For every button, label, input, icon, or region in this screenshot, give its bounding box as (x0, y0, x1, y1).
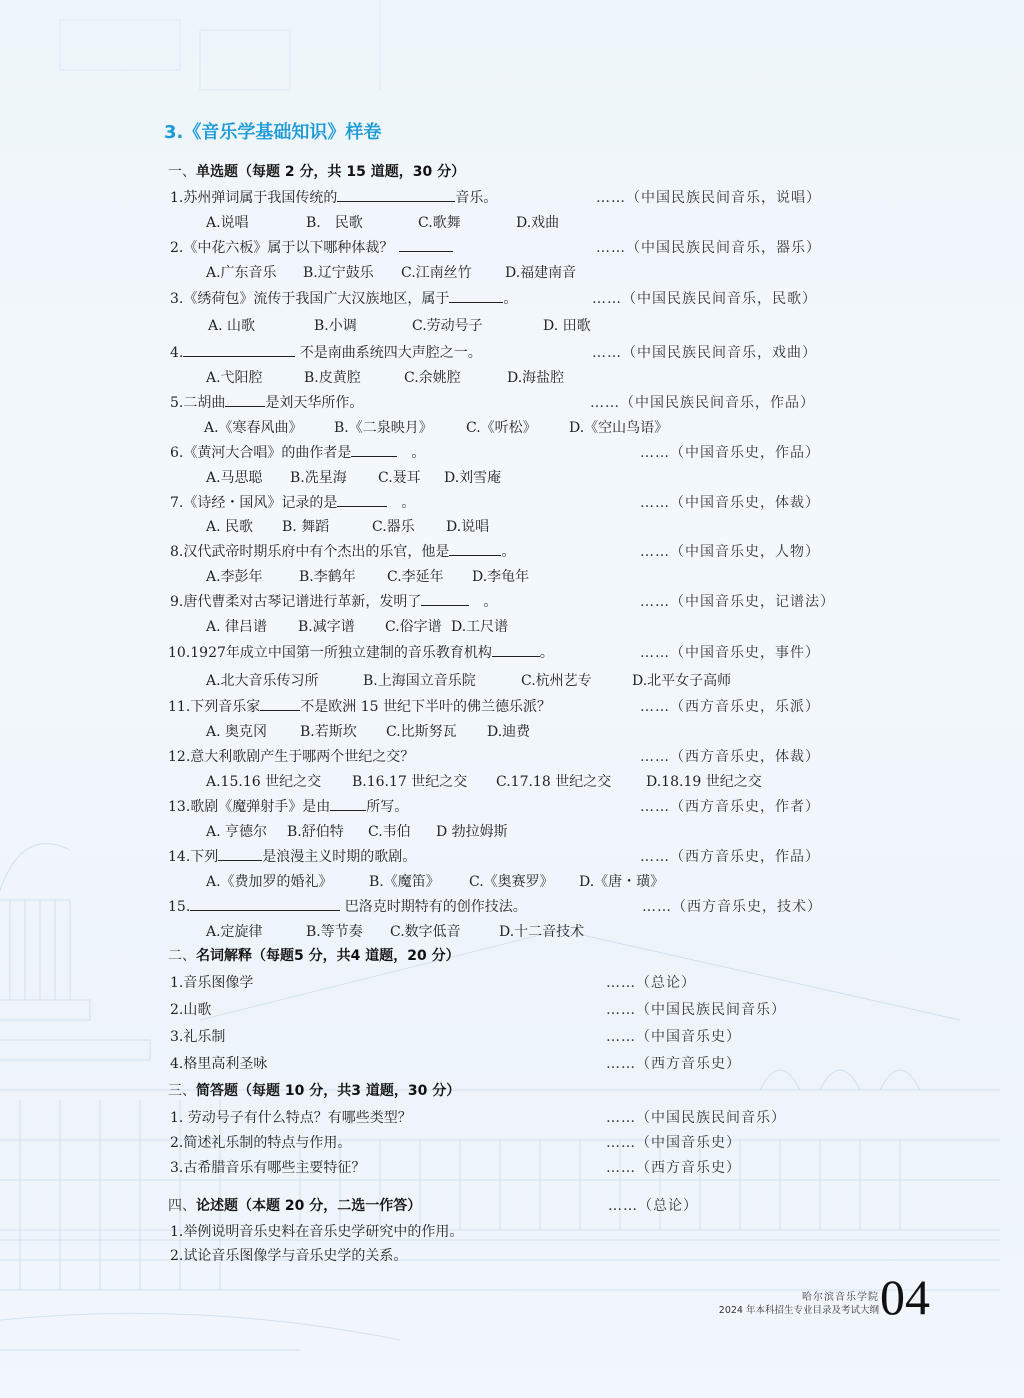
options-row: A.北大音乐传习所B.上海国立音乐院C.杭州艺专D.北平女子高师 (206, 670, 731, 690)
option-b: B.减字谱 (298, 616, 385, 636)
question-category: ……（西方音乐史，作者） (640, 796, 820, 816)
question-text: 8.汉代武帝时期乐府中有个杰出的乐官，他是 (170, 544, 449, 560)
question-text-end: 巴洛克时期特有的创作技法。 (340, 899, 526, 915)
short-answer-item: 1. 劳动号子有什么特点？有哪些类型？ (170, 1107, 412, 1127)
option-b: B.《二泉映月》 (334, 417, 466, 437)
option-a: A.李彭年 (206, 566, 299, 586)
section-title: 简答题（每题 10 分，共3 道题，30 分） (196, 1083, 460, 1099)
question-text: 11.下列音乐家 (168, 699, 260, 715)
short-answer-category: ……（中国民族民间音乐） (606, 1107, 786, 1127)
question-text-end: 音乐。 (455, 190, 497, 206)
section-title: 单选题（每题 2 分，共 15 道题，30 分） (196, 164, 465, 180)
question-text-end: 是浪漫主义时期的歌剧。 (262, 849, 416, 865)
question-text-end: 。 (387, 495, 415, 511)
question-text-end: 是刘天华所作。 (265, 395, 363, 411)
question-category: ……（西方音乐史，乐派） (640, 696, 820, 716)
option-c: C.江南丝竹 (401, 262, 505, 282)
answer-blank (337, 188, 455, 202)
question-category: ……（西方音乐史，体裁） (640, 746, 820, 766)
question-7: 7.《诗经・国风》记录的是 。 (170, 492, 415, 512)
options-row: A.说唱B. 民歌C.歌舞D.戏曲 (206, 212, 559, 232)
question-text: 14.下列 (168, 849, 218, 865)
option-a: A.15.16 世纪之交 (206, 771, 352, 791)
question-category: ……（中国音乐史，人物） (640, 541, 820, 561)
option-a: A.弋阳腔 (206, 367, 304, 387)
question-category: ……（西方音乐史，技术） (642, 896, 822, 916)
question-1: 1.苏州弹词属于我国传统的音乐。 (170, 187, 497, 207)
question-text-end: 。 (503, 291, 517, 307)
option-a: A. 律吕谱 (206, 616, 298, 636)
question-text-end: 。 (469, 594, 497, 610)
option-c: C.聂耳 (378, 467, 444, 487)
question-text: 7.《诗经・国风》记录的是 (170, 495, 337, 511)
option-c: C.李延年 (387, 566, 472, 586)
section-heading-term-definition: 二、名词解释（每题5 分，共4 道题，20 分） (168, 945, 460, 965)
question-11: 11.下列音乐家不是欧洲 15 世纪下半叶的佛兰德乐派？ (168, 696, 551, 716)
question-category: ……（中国民族民间音乐，说唱） (596, 187, 821, 207)
question-text: 9.唐代曹柔对古琴记谱进行革新，发明了 (170, 594, 421, 610)
answer-blank (183, 343, 295, 357)
option-d: D.福建南音 (505, 262, 576, 282)
short-answer-item: 3.古希腊音乐有哪些主要特征？ (170, 1157, 365, 1177)
options-row: A.李彭年B.李鹤年C.李延年D.李龟年 (206, 566, 529, 586)
question-10: 10.1927年成立中国第一所独立建制的音乐教育机构。 (168, 642, 554, 662)
question-text-end: 所写。 (366, 799, 408, 815)
question-text: 13.歌剧《魔弹射手》是由 (168, 799, 330, 815)
option-d: D.北平女子高师 (632, 670, 731, 690)
options-row: A. 亨德尔B.舒伯特C.韦伯D 勃拉姆斯 (206, 821, 508, 841)
question-2: 2.《中花六板》属于以下哪种体裁？ (170, 237, 453, 257)
answer-blank (218, 847, 262, 861)
answer-blank (399, 238, 453, 252)
options-row: A.15.16 世纪之交B.16.17 世纪之交C.17.18 世纪之交D.18… (206, 771, 762, 791)
question-6: 6.《黄河大合唱》的曲作者是 。 (170, 442, 425, 462)
option-d: D.《唐・璜》 (579, 871, 664, 891)
essay-item: 2.试论音乐图像学与音乐史学的关系。 (170, 1245, 407, 1265)
option-a: A. 亨德尔 (206, 821, 287, 841)
option-c: C.劳动号子 (412, 315, 543, 335)
option-b: B.辽宁鼓乐 (303, 262, 401, 282)
question-category: ……（中国民族民间音乐，作品） (590, 392, 815, 412)
option-c: C.余姚腔 (404, 367, 507, 387)
question-text: 3.《绣荷包》流传于我国广大汉族地区，属于 (170, 291, 449, 307)
question-15: 15. 巴洛克时期特有的创作技法。 (168, 896, 527, 916)
options-row: A.《费加罗的婚礼》B.《魔笛》C.《奥赛罗》D.《唐・璜》 (206, 871, 664, 891)
option-a: A.马思聪 (206, 467, 290, 487)
question-text: 5.二胡曲 (170, 395, 225, 411)
option-b: B.上海国立音乐院 (363, 670, 521, 690)
option-c: C.《奥赛罗》 (469, 871, 579, 891)
option-a: A.广东音乐 (206, 262, 303, 282)
question-5: 5.二胡曲是刘天华所作。 (170, 392, 363, 412)
option-b: B.李鹤年 (299, 566, 387, 586)
section-heading-single-choice: 一、单选题（每题 2 分，共 15 道题，30 分） (168, 161, 465, 181)
option-c: C.数字低音 (390, 921, 499, 941)
option-b: B.皮黄腔 (304, 367, 404, 387)
options-row: A. 山歌B.小调C.劳动号子D. 田歌 (208, 315, 591, 335)
question-category: ……（中国音乐史，作品） (640, 442, 820, 462)
options-row: A.《寒春风曲》B.《二泉映月》C.《听松》D.《空山鸟语》 (204, 417, 668, 437)
question-text: 12.意大利歌剧产生于哪两个世纪之交？ (168, 749, 414, 765)
question-3: 3.《绣荷包》流传于我国广大汉族地区，属于。 (170, 288, 517, 308)
term-category: ……（西方音乐史） (606, 1053, 741, 1073)
page-title: 3.《音乐学基础知识》样卷 (164, 118, 381, 144)
option-a: A. 奥克冈 (206, 721, 300, 741)
answer-blank (225, 393, 265, 407)
term-category: ……（中国音乐史） (606, 1026, 741, 1046)
short-answer-category: ……（西方音乐史） (606, 1157, 741, 1177)
option-d: D 勃拉姆斯 (436, 821, 508, 841)
option-c: C.比斯努瓦 (386, 721, 487, 741)
term-item: 4.格里高利圣咏 (170, 1053, 267, 1073)
section-heading-essay: 四、论述题（本题 20 分，二选一作答） (168, 1195, 421, 1215)
essay-item: 1.举例说明音乐史料在音乐史学研究中的作用。 (170, 1221, 463, 1241)
option-b: B.《魔笛》 (369, 871, 469, 891)
options-row: A. 民歌B. 舞蹈C.器乐D.说唱 (206, 516, 489, 536)
question-text-end: 。 (540, 645, 554, 661)
options-row: A.马思聪B.冼星海C.聂耳D.刘雪庵 (206, 467, 501, 487)
term-item: 3.礼乐制 (170, 1026, 225, 1046)
options-row: A.弋阳腔B.皮黄腔C.余姚腔D.海盐腔 (206, 367, 564, 387)
option-b: B.小调 (314, 315, 412, 335)
question-text: 4. (170, 345, 183, 361)
question-text-end: 。 (397, 445, 425, 461)
answer-blank (449, 542, 501, 556)
short-answer-category: ……（中国音乐史） (606, 1132, 741, 1152)
answer-blank (449, 289, 503, 303)
term-item: 1.音乐图像学 (170, 972, 253, 992)
option-a: A.《费加罗的婚礼》 (206, 871, 369, 891)
option-d: D.迪费 (487, 721, 530, 741)
option-b: B.冼星海 (290, 467, 378, 487)
question-12: 12.意大利歌剧产生于哪两个世纪之交？ (168, 746, 414, 766)
question-text: 15. (168, 899, 190, 915)
question-8: 8.汉代武帝时期乐府中有个杰出的乐官，他是。 (170, 541, 515, 561)
option-d: D.《空山鸟语》 (569, 417, 668, 437)
options-row: A. 律吕谱B.减字谱C.俗字谱D.工尺谱 (206, 616, 508, 636)
footer-subtitle: 2024 年本科招生专业目录及考试大纲 (719, 1302, 879, 1316)
question-category: ……（中国民族民间音乐，民歌） (592, 288, 817, 308)
option-c: C.俗字谱 (385, 616, 451, 636)
term-category: ……（中国民族民间音乐） (606, 999, 786, 1019)
question-text: 1.苏州弹词属于我国传统的 (170, 190, 337, 206)
option-b: B.等节奏 (306, 921, 390, 941)
question-category: ……（中国音乐史，记谱法） (640, 591, 835, 611)
option-a: A.北大音乐传习所 (206, 670, 363, 690)
essay-category: ……（总论） (608, 1195, 698, 1215)
option-d: D.李龟年 (472, 566, 529, 586)
option-d: D.十二音技术 (499, 921, 584, 941)
answer-blank (260, 697, 300, 711)
options-row: A.广东音乐B.辽宁鼓乐C.江南丝竹D.福建南音 (206, 262, 576, 282)
option-b: B.舒伯特 (287, 821, 368, 841)
question-text-end: 不是南曲系统四大声腔之一。 (295, 345, 481, 361)
question-category: ……（中国音乐史，事件） (640, 642, 820, 662)
page-number: 04 (880, 1272, 930, 1322)
section-title: 名词解释（每题5 分，共4 道题，20 分） (196, 948, 460, 964)
option-a: A. 山歌 (208, 315, 314, 335)
option-a: A.定旋律 (206, 921, 306, 941)
option-d: D.海盐腔 (507, 367, 564, 387)
option-d: D.戏曲 (516, 212, 559, 232)
answer-blank (337, 493, 387, 507)
option-c: C.《听松》 (466, 417, 569, 437)
option-b: B.16.17 世纪之交 (352, 771, 496, 791)
section-number: 二、 (168, 948, 196, 964)
footer-school-name: 哈尔滨音乐学院 (802, 1288, 879, 1303)
option-b: B. 舞蹈 (282, 516, 372, 536)
section-number: 四、 (168, 1198, 196, 1214)
answer-blank (330, 797, 366, 811)
option-c: C.韦伯 (368, 821, 436, 841)
question-4: 4. 不是南曲系统四大声腔之一。 (170, 342, 482, 362)
option-d: D. 田歌 (543, 315, 591, 335)
options-row: A. 奥克冈B.若斯坎C.比斯努瓦D.迪费 (206, 721, 530, 741)
question-14: 14.下列是浪漫主义时期的歌剧。 (168, 846, 416, 866)
option-a: A.《寒春风曲》 (204, 417, 334, 437)
option-c: C.歌舞 (418, 212, 516, 232)
options-row: A.定旋律B.等节奏C.数字低音D.十二音技术 (206, 921, 584, 941)
option-c: C.17.18 世纪之交 (496, 771, 646, 791)
option-d: D.18.19 世纪之交 (646, 771, 762, 791)
section-number: 一、 (168, 164, 196, 180)
answer-blank (421, 592, 469, 606)
question-category: ……（西方音乐史，作品） (640, 846, 820, 866)
answer-blank (492, 643, 540, 657)
question-category: ……（中国民族民间音乐，器乐） (596, 237, 821, 257)
question-category: ……（中国音乐史，体裁） (640, 492, 820, 512)
option-c: C.杭州艺专 (521, 670, 632, 690)
option-a: A.说唱 (206, 212, 306, 232)
answer-blank (351, 443, 397, 457)
question-9: 9.唐代曹柔对古琴记谱进行革新，发明了 。 (170, 591, 497, 611)
question-text: 10.1927年成立中国第一所独立建制的音乐教育机构 (168, 645, 492, 661)
question-text-end: 。 (501, 544, 515, 560)
option-b: B. 民歌 (306, 212, 418, 232)
question-category: ……（中国民族民间音乐，戏曲） (592, 342, 817, 362)
option-a: A. 民歌 (206, 516, 282, 536)
question-13: 13.歌剧《魔弹射手》是由所写。 (168, 796, 408, 816)
section-title: 论述题（本题 20 分，二选一作答） (196, 1198, 421, 1214)
option-d: D.刘雪庵 (444, 467, 501, 487)
option-d: D.说唱 (446, 516, 489, 536)
answer-blank (190, 897, 340, 911)
option-b: B.若斯坎 (300, 721, 386, 741)
short-answer-item: 2.简述礼乐制的特点与作用。 (170, 1132, 351, 1152)
option-d: D.工尺谱 (451, 616, 508, 636)
term-category: ……（总论） (606, 972, 696, 992)
term-item: 2.山歌 (170, 999, 211, 1019)
question-text-end: 不是欧洲 15 世纪下半叶的佛兰德乐派？ (300, 699, 551, 715)
option-c: C.器乐 (372, 516, 446, 536)
question-text: 2.《中花六板》属于以下哪种体裁？ (170, 240, 393, 256)
section-heading-short-answer: 三、简答题（每题 10 分，共3 道题，30 分） (168, 1080, 460, 1100)
section-number: 三、 (168, 1083, 196, 1099)
question-text: 6.《黄河大合唱》的曲作者是 (170, 445, 351, 461)
